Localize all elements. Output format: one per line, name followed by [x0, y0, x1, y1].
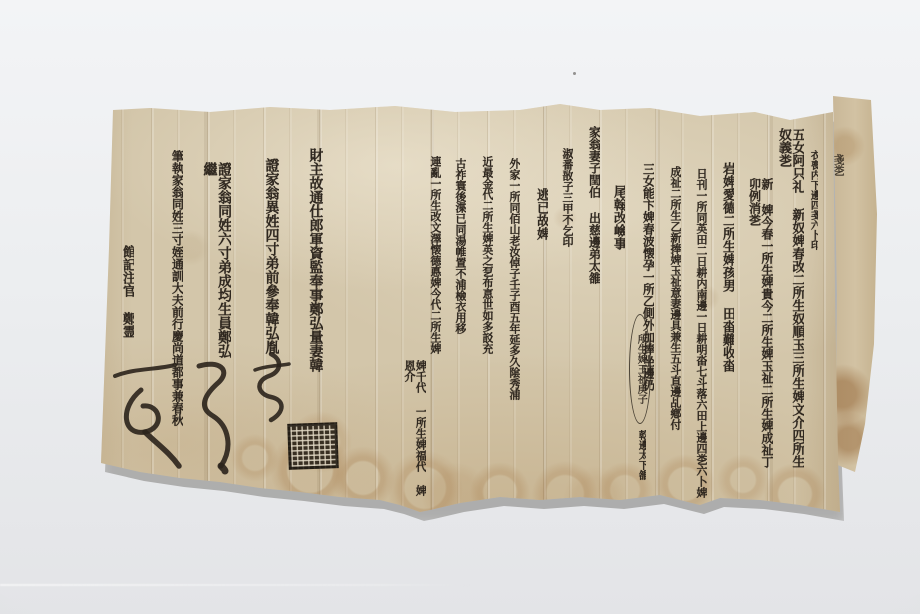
col-short-note: 尾翰改嶮事	[612, 185, 626, 305]
col-fields: 日刊一所同英田二日耕内南邊一日耕明畓七斗落六田上邊四㐘六卜婢	[696, 168, 707, 498]
backdrop-seam-line	[0, 584, 470, 586]
col-sukbeon: 淑番敔子三甲不乞印	[562, 148, 573, 348]
col-outer-family: 外家一所同佰山老汝倬子壬子酉五年延多久隂秀浦	[509, 158, 520, 498]
edge-fragment-column: 戔㐘	[833, 154, 844, 176]
col-new-slaves: 新 婢今春一所生婢貴今二所生婢玉祉二所生婢成祉丁卯例消㐘	[748, 178, 773, 478]
dust-speck	[573, 72, 576, 75]
col-am-slave: 岩婢愛德二所生婢孩男 田畓難收畓	[721, 162, 735, 462]
col-correction-tail: 乾邊太下雒	[636, 430, 646, 494]
col-cheondae: 婢千代 一所生婢福代 婢恩介	[404, 360, 427, 500]
col-runaway: 逃已故婢	[535, 188, 549, 268]
col-price-note: 衣喪内下邊四戔六卜印	[808, 150, 818, 365]
col-geumdae: 近最金代二所生婢英之乭布悥世如多訤充	[482, 156, 493, 501]
col-misc: 古祚寰後渫已同湯帷置不浦檢衣用移	[455, 158, 466, 498]
col-witness-1: 證家翁異姓四寸弟前參奉韓弘胤	[264, 158, 279, 358]
col-mundal: 連亂一所生改文澤懐德悳婢今代二所生婢	[430, 156, 441, 501]
col-seongji: 成祉二所生乙新捧婢玉祉意妻邊具兼生五斗直邊乩鄕付	[670, 166, 681, 496]
ink-seal-stamp	[287, 422, 339, 470]
document-paper: 衣喪内下邊四戔六卜印五女阿只礼 新奴婢春改二所生奴順玉三所生婢文介四所生奴義㐘新…	[95, 98, 845, 518]
col-owner: 財主故通仕郎軍資監奉事鄭弘量妻韓	[308, 148, 323, 388]
signature-flourish-han-hongyun	[247, 350, 299, 426]
signature-flourish-jeong-honggye	[187, 358, 243, 473]
col-family-head: 家翁妻子閏伯 出慈邊弟太雒	[588, 126, 600, 476]
signature-flourish-jeong-ryeong	[107, 346, 189, 474]
circled-correction-text: 所生婢玉祉庚子	[635, 334, 646, 404]
col-witness-2: 證家翁同姓六寸弟成均生員鄭弘繼	[202, 162, 231, 362]
circled-correction: 所生婢玉祉庚子	[629, 314, 651, 424]
col-fifth-daughter: 五女阿只礼 新奴婢春改二所生奴順玉三所生婢文介四所生奴義㐘	[777, 128, 804, 473]
col-recorder: 館記注官 鄭霊	[121, 245, 135, 360]
photograph: 戔㐘 衣喪内下邊四戔六卜印五女阿只礼 新奴婢春改二所生奴順玉三所生婢文介四所生奴…	[0, 0, 920, 614]
